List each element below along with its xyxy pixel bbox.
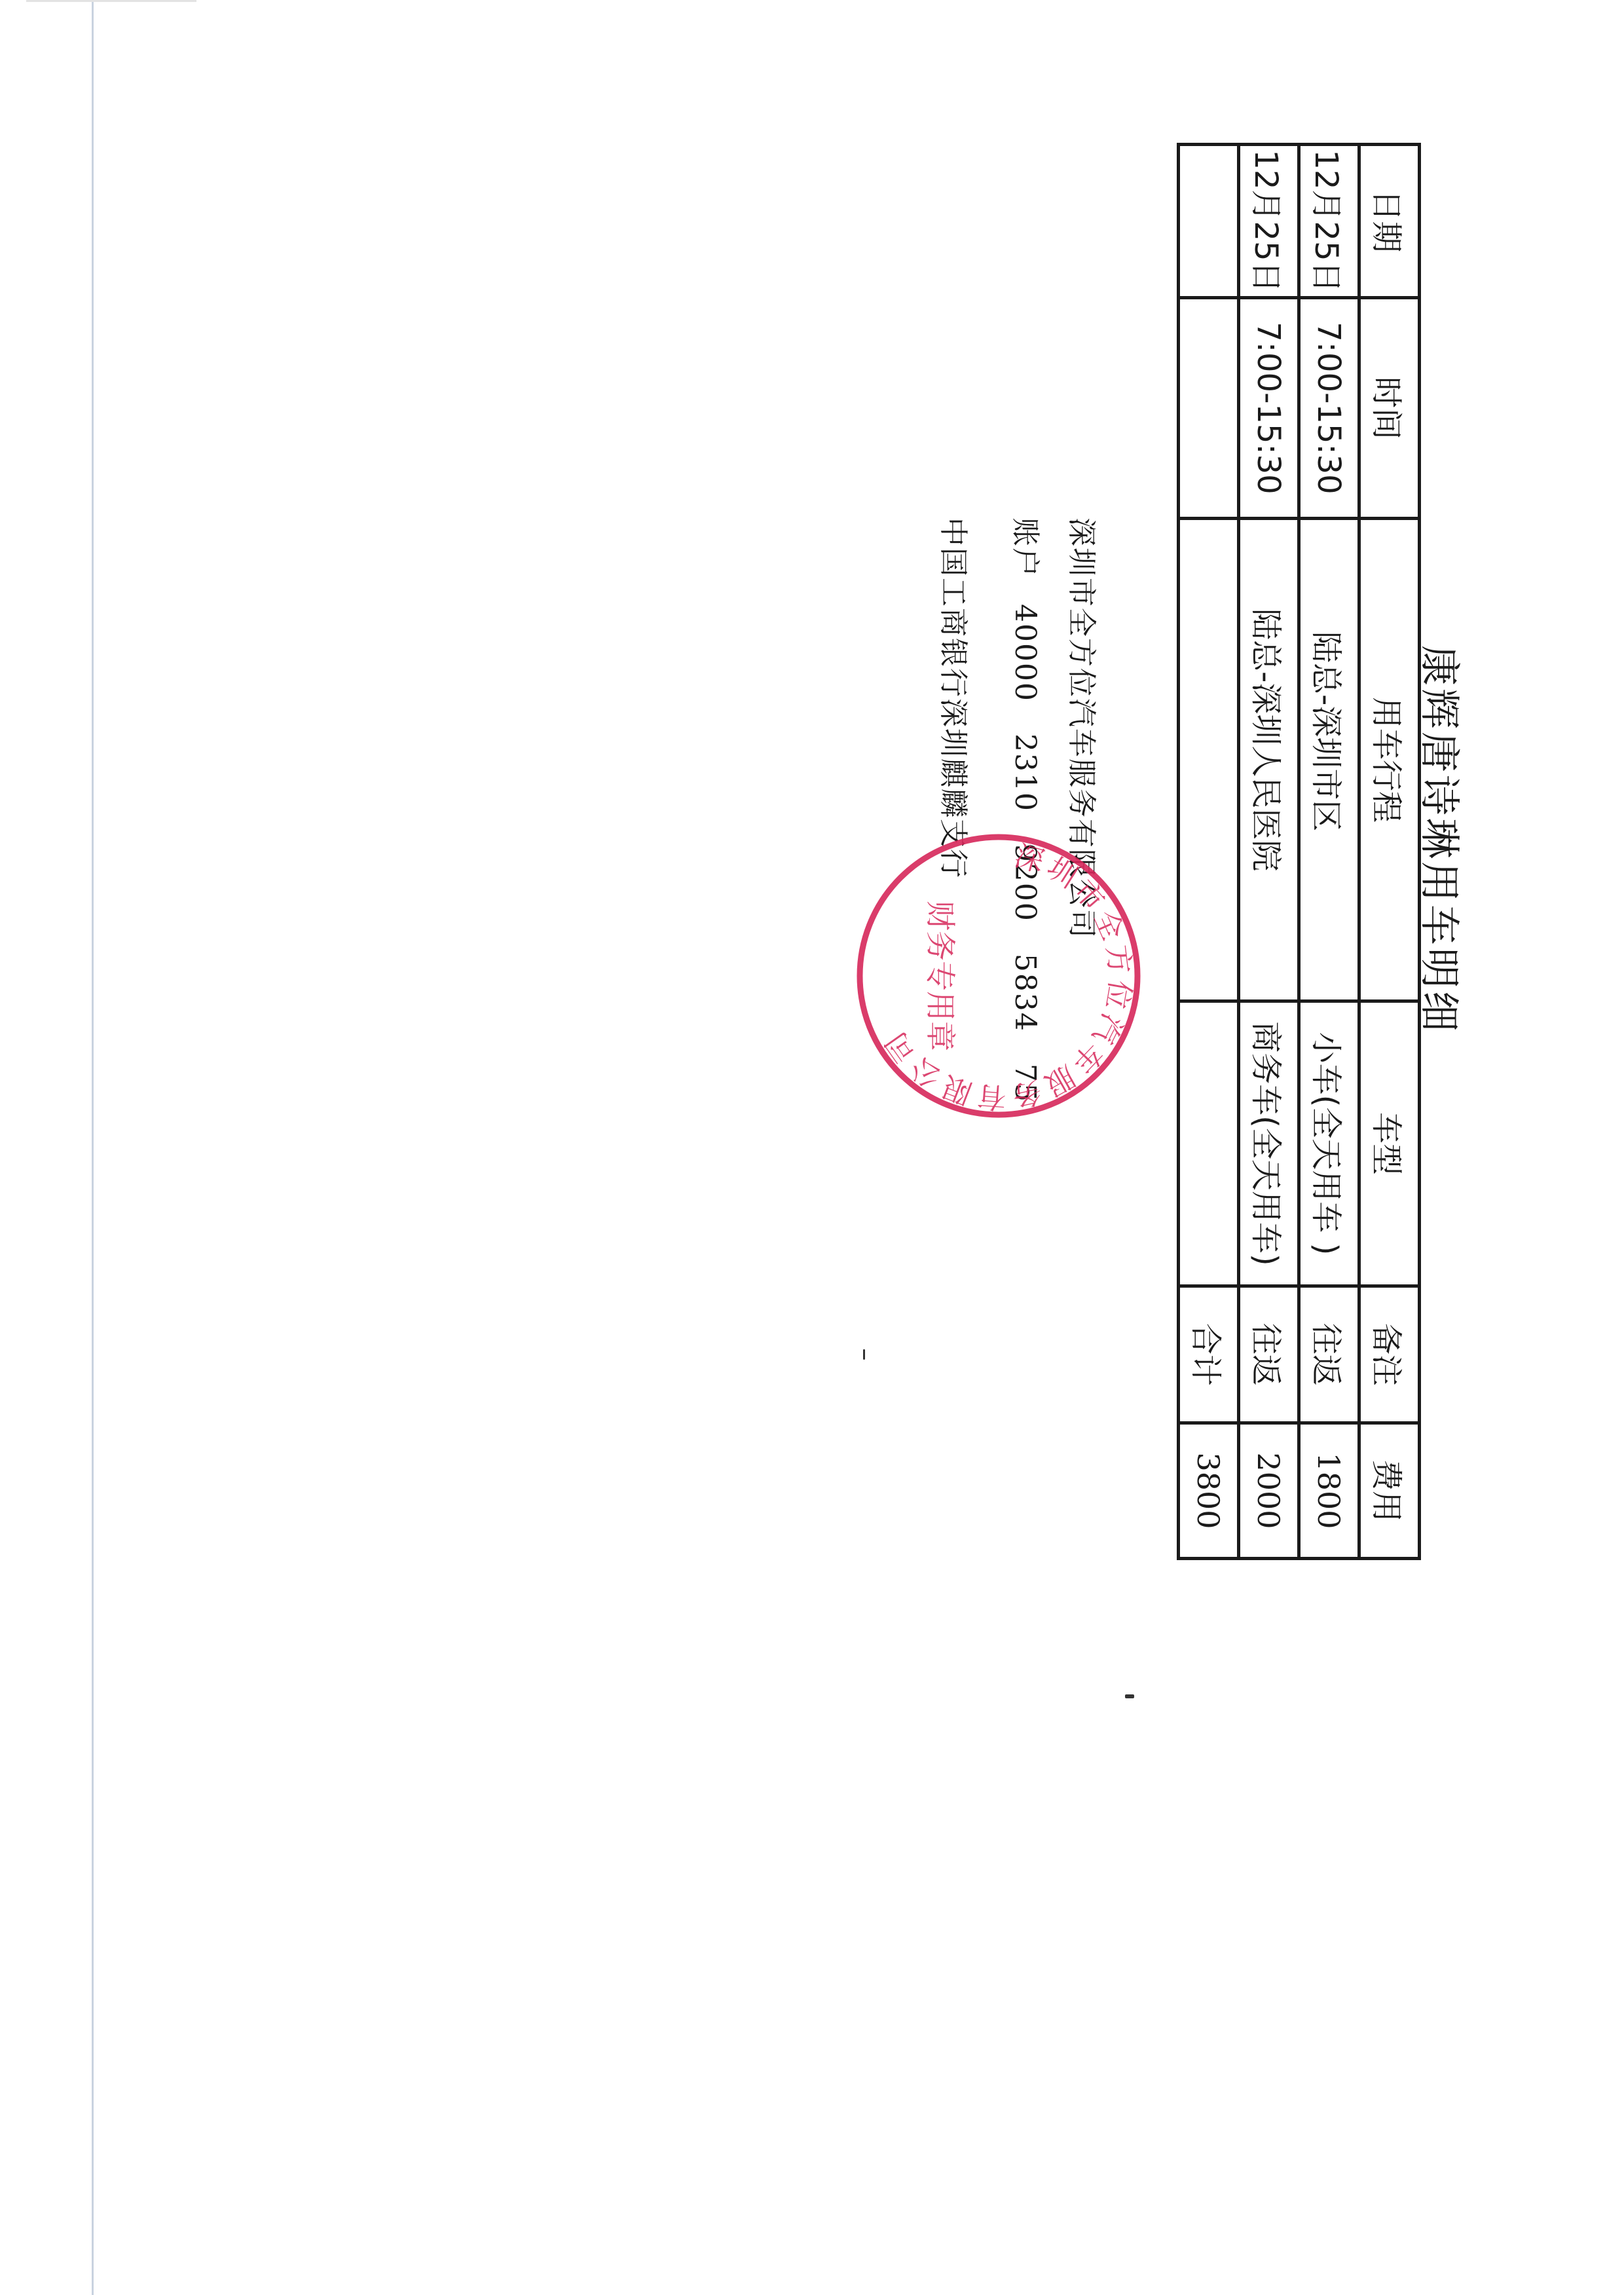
cell-fee: 2000 [1239, 1423, 1299, 1559]
cell-route: 陆总-深圳人民医院 [1239, 519, 1299, 1001]
table-header-row: 日期 时间 用车行程 车型 备注 费用 [1359, 145, 1420, 1559]
cell-note: 往返 [1239, 1286, 1299, 1423]
cell-empty [1179, 519, 1239, 1001]
cell-time: 7:00-15:30 [1239, 298, 1299, 519]
stamp-center-text: 财务专用章 [923, 901, 958, 1051]
total-label: 合计 [1179, 1286, 1239, 1423]
account-label: 账户 [1008, 517, 1042, 578]
header-note: 备注 [1359, 1286, 1420, 1423]
route-text: 陆总-深圳人民医院 [1246, 608, 1291, 871]
table-row: 12月25日 7:00-15:30 陆总-深圳人民医院 商务车(全天用车) 往返… [1239, 145, 1299, 1559]
cell-note: 往返 [1299, 1286, 1359, 1423]
table-total-row: 合计 3800 [1179, 145, 1239, 1559]
route-text: 陆总-深圳市区 [1306, 631, 1352, 831]
table-row: 12月25日 7:00-15:30 陆总-深圳市区 小车(全天用车 ) 往返 1… [1299, 145, 1359, 1559]
company-seal-stamp: 深圳市全方位汽车服务有限公司 财务专用章 [851, 829, 1146, 1123]
cell-empty [1179, 145, 1239, 298]
header-fee: 费用 [1359, 1423, 1420, 1559]
cell-date: 12月25日 [1239, 145, 1299, 298]
cell-route: 陆总-深圳市区 [1299, 519, 1359, 1001]
header-date: 日期 [1359, 145, 1420, 298]
cell-empty [1179, 1001, 1239, 1286]
header-time: 时间 [1359, 298, 1420, 519]
document-sheet: 康辉唐诗琳用车明细 日期 时间 用车行程 车型 备注 费用 12月25日 7:0… [0, 0, 1624, 2295]
total-value: 3800 [1179, 1423, 1239, 1559]
cell-vehicle: 商务车(全天用车) [1239, 1001, 1299, 1286]
document-title: 康辉唐诗琳用车明细 [1414, 645, 1472, 1034]
cell-date: 12月25日 [1299, 145, 1359, 298]
cell-fee: 1800 [1299, 1423, 1359, 1559]
cell-time: 7:00-15:30 [1299, 298, 1359, 519]
payee-bank: 中国工商银行深圳麒麟支行 [935, 517, 977, 879]
vehicle-usage-table: 日期 时间 用车行程 车型 备注 费用 12月25日 7:00-15:30 陆总… [1177, 143, 1421, 1560]
header-route: 用车行程 [1359, 519, 1420, 1001]
header-vehicle: 车型 [1359, 1001, 1420, 1286]
cell-vehicle: 小车(全天用车 ) [1299, 1001, 1359, 1286]
cell-empty [1179, 298, 1239, 519]
